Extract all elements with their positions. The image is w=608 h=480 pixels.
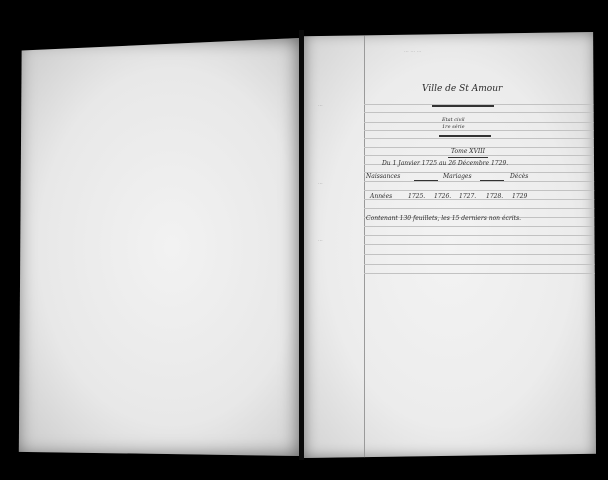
year-1729: 1729 (512, 193, 527, 200)
category-deces: Décès (510, 173, 528, 180)
year-1728: 1728. (486, 193, 503, 200)
subtitle-etat-civil: Etat civil (442, 117, 465, 123)
title-underline (432, 105, 494, 107)
dash-separator (414, 180, 438, 181)
subtitle-serie: 1re série (442, 124, 465, 130)
ruled-line (364, 122, 596, 123)
book-spine (299, 30, 304, 460)
subtitle-underline (439, 135, 491, 137)
margin-line (364, 32, 365, 458)
ruled-line (364, 254, 596, 255)
ruled-line (364, 155, 596, 156)
ruled-line (364, 199, 596, 200)
year-1727: 1727. (459, 193, 476, 200)
right-page: ... ... ... Ville de St Amour Etat civil… (304, 32, 596, 458)
ruled-line (364, 181, 596, 182)
year-1725: 1725. (408, 193, 425, 200)
left-page-blank (16, 38, 299, 456)
faint-header-text: ... ... ... (404, 48, 421, 54)
margin-note: ... (318, 180, 323, 186)
tome-underline (448, 157, 488, 158)
ruled-line (364, 208, 596, 209)
ruled-line (364, 190, 596, 191)
category-naissances: Naissances (366, 173, 400, 180)
margin-note: ... (318, 102, 323, 108)
ruled-line (364, 264, 596, 265)
ruled-line (364, 130, 596, 131)
tome-label: Tome XVIII (451, 148, 485, 155)
ruled-line (364, 235, 596, 236)
category-mariages: Mariages (443, 173, 472, 180)
date-range: Du 1 Janvier 1725 au 26 Décembre 1729. (382, 160, 508, 167)
ruled-line (364, 112, 596, 113)
ruled-line (364, 138, 596, 139)
contents-note: Contenant 130 feuillets, les 15 derniers… (366, 215, 521, 222)
margin-note: ... (318, 237, 323, 243)
ruled-line (364, 244, 596, 245)
dash-separator (480, 180, 504, 181)
ruled-line (364, 226, 596, 227)
year-1726: 1726. (434, 193, 451, 200)
years-label: Années (370, 193, 392, 200)
register-title: Ville de St Amour (422, 84, 502, 94)
ruled-line (364, 273, 596, 274)
